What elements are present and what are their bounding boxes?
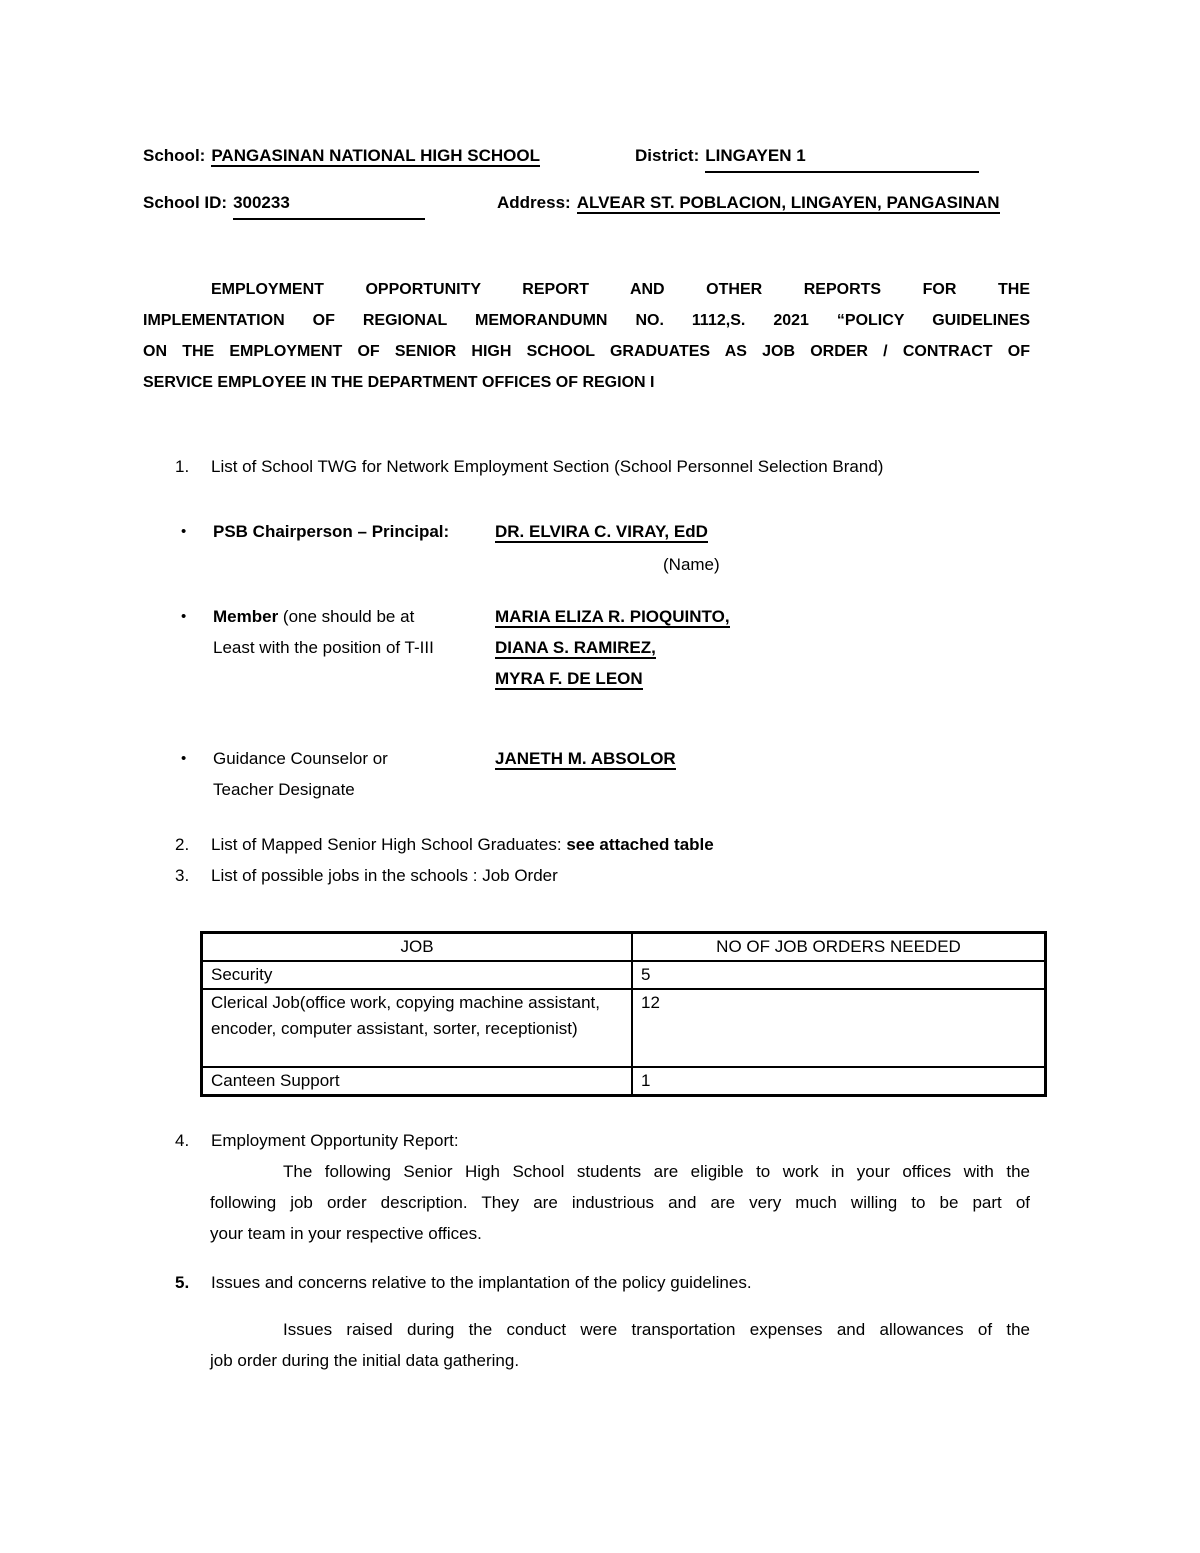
list-item-3: 3. List of possible jobs in the schools … xyxy=(175,860,1030,891)
list-item-4-number: 4. xyxy=(175,1125,211,1156)
counselor-name: JANETH M. ABSOLOR xyxy=(495,749,676,770)
address-label: Address: xyxy=(497,193,577,212)
list-item-3-number: 3. xyxy=(175,860,211,891)
district-field: District:LINGAYEN 1 xyxy=(635,140,979,173)
bullet-icon: • xyxy=(181,516,213,547)
list-item-2-number: 2. xyxy=(175,829,211,860)
member-label-bold: Member xyxy=(213,607,278,626)
counselor-label-line2: Teacher Designate xyxy=(213,780,355,799)
list-item-2: 2. List of Mapped Senior High School Gra… xyxy=(175,829,1030,860)
district-label: District: xyxy=(635,146,705,165)
job-order-table: JOB NO OF JOB ORDERS NEEDED Security 5 C… xyxy=(200,931,1047,1097)
list-item-4: 4. Employment Opportunity Report: xyxy=(175,1125,1030,1156)
member-row: • Member (one should be at Least with th… xyxy=(181,601,1030,694)
title-line-4: SERVICE EMPLOYEE IN THE DEPARTMENT OFFIC… xyxy=(143,367,1030,398)
list-item-3-text: List of possible jobs in the schools : J… xyxy=(211,860,1030,891)
list-item-2-bold: see attached table xyxy=(566,835,713,854)
list-item-1-text: List of School TWG for Network Employmen… xyxy=(211,451,1030,482)
title-line-1: EMPLOYMENT OPPORTUNITY REPORT AND OTHER … xyxy=(143,274,1030,305)
address-value: ALVEAR ST. POBLACION, LINGAYEN, PANGASIN… xyxy=(577,193,1000,214)
member-label-line2: Least with the position of T-III xyxy=(213,638,434,657)
item-5-paragraph: Issues raised during the conduct were tr… xyxy=(210,1314,1030,1376)
header-line-school-district: School:PANGASINAN NATIONAL HIGH SCHOOL D… xyxy=(143,140,1030,173)
member-name-2: DIANA S. RAMIREZ, xyxy=(495,638,656,659)
member-name-1: MARIA ELIZA R. PIOQUINTO, xyxy=(495,607,730,628)
document-title: EMPLOYMENT OPPORTUNITY REPORT AND OTHER … xyxy=(143,274,1030,398)
table-cell-count-1: 5 xyxy=(632,961,1046,989)
member-name-1-wrap: MARIA ELIZA R. PIOQUINTO, xyxy=(495,601,1030,632)
table-header-count: NO OF JOB ORDERS NEEDED xyxy=(632,933,1046,962)
list-item-5-text: Issues and concerns relative to the impl… xyxy=(211,1267,1030,1298)
table-row: Clerical Job(office work, copying machin… xyxy=(202,989,1046,1067)
district-value: LINGAYEN 1 xyxy=(705,140,979,173)
counselor-name-wrap: JANETH M. ABSOLOR xyxy=(495,743,1030,805)
table-cell-job-1: Security xyxy=(202,961,633,989)
counselor-label-line1: Guidance Counselor or xyxy=(213,749,388,768)
header-line-id-address: School ID:300233 Address:ALVEAR ST. POBL… xyxy=(143,187,1030,220)
table-cell-job-3: Canteen Support xyxy=(202,1067,633,1096)
member-name-2-wrap: DIANA S. RAMIREZ, xyxy=(495,632,1030,663)
bullet-icon: • xyxy=(181,743,213,805)
school-field: School:PANGASINAN NATIONAL HIGH SCHOOL xyxy=(143,140,635,173)
school-id-value: 300233 xyxy=(233,187,425,220)
psb-chairperson-row: • PSB Chairperson – Principal: DR. ELVIR… xyxy=(181,516,1030,547)
school-id-label: School ID: xyxy=(143,193,233,212)
item-4-paragraph: The following Senior High School student… xyxy=(210,1156,1030,1249)
school-value: PANGASINAN NATIONAL HIGH SCHOOL xyxy=(211,146,540,167)
table-cell-count-3: 1 xyxy=(632,1067,1046,1096)
member-label-rest: (one should be at xyxy=(278,607,414,626)
psb-chairperson-name-wrap: DR. ELVIRA C. VIRAY, EdD xyxy=(495,516,1030,547)
item-4-para-line-2: following job order description. They ar… xyxy=(210,1187,1030,1218)
psb-chairperson-label: PSB Chairperson – Principal: xyxy=(213,516,495,547)
school-label: School: xyxy=(143,146,211,165)
list-item-1-number: 1. xyxy=(175,451,211,482)
title-line-2: IMPLEMENTATION OF REGIONAL MEMORANDUMN N… xyxy=(143,305,1030,336)
member-names: MARIA ELIZA R. PIOQUINTO, DIANA S. RAMIR… xyxy=(495,601,1030,694)
table-header-job: JOB xyxy=(202,933,633,962)
item-4-para-line-1: The following Senior High School student… xyxy=(210,1156,1030,1187)
member-name-3: MYRA F. DE LEON xyxy=(495,669,643,690)
document-content: School:PANGASINAN NATIONAL HIGH SCHOOL D… xyxy=(0,0,1200,1376)
list-item-1: 1. List of School TWG for Network Employ… xyxy=(175,451,1030,482)
table-row: Security 5 xyxy=(202,961,1046,989)
table-row: Canteen Support 1 xyxy=(202,1067,1046,1096)
list-item-2-text: List of Mapped Senior High School Gradua… xyxy=(211,835,566,854)
item-4-para-line-3: your team in your respective offices. xyxy=(210,1218,1030,1249)
psb-chairperson-name: DR. ELVIRA C. VIRAY, EdD xyxy=(495,522,708,543)
item-5-para-line-1: Issues raised during the conduct were tr… xyxy=(210,1314,1030,1345)
list-item-5: 5. Issues and concerns relative to the i… xyxy=(175,1267,1030,1298)
table-cell-count-2: 12 xyxy=(632,989,1046,1067)
list-item-5-number: 5. xyxy=(175,1267,211,1298)
item-5-para-line-2: job order during the initial data gather… xyxy=(210,1345,1030,1376)
list-item-2-text-wrap: List of Mapped Senior High School Gradua… xyxy=(211,829,1030,860)
name-caption: (Name) xyxy=(663,549,1030,580)
table-cell-job-2: Clerical Job(office work, copying machin… xyxy=(202,989,633,1067)
title-line-3: ON THE EMPLOYMENT OF SENIOR HIGH SCHOOL … xyxy=(143,336,1030,367)
member-name-3-wrap: MYRA F. DE LEON xyxy=(495,663,1030,694)
document-page: School:PANGASINAN NATIONAL HIGH SCHOOL D… xyxy=(0,0,1200,1553)
address-field: Address:ALVEAR ST. POBLACION, LINGAYEN, … xyxy=(497,187,1000,220)
list-item-4-text: Employment Opportunity Report: xyxy=(211,1125,1030,1156)
bullet-icon: • xyxy=(181,601,213,694)
counselor-label: Guidance Counselor or Teacher Designate xyxy=(213,743,495,805)
school-id-field: School ID:300233 xyxy=(143,187,497,220)
table-header-row: JOB NO OF JOB ORDERS NEEDED xyxy=(202,933,1046,962)
counselor-row: • Guidance Counselor or Teacher Designat… xyxy=(181,743,1030,805)
member-label: Member (one should be at Least with the … xyxy=(213,601,495,694)
